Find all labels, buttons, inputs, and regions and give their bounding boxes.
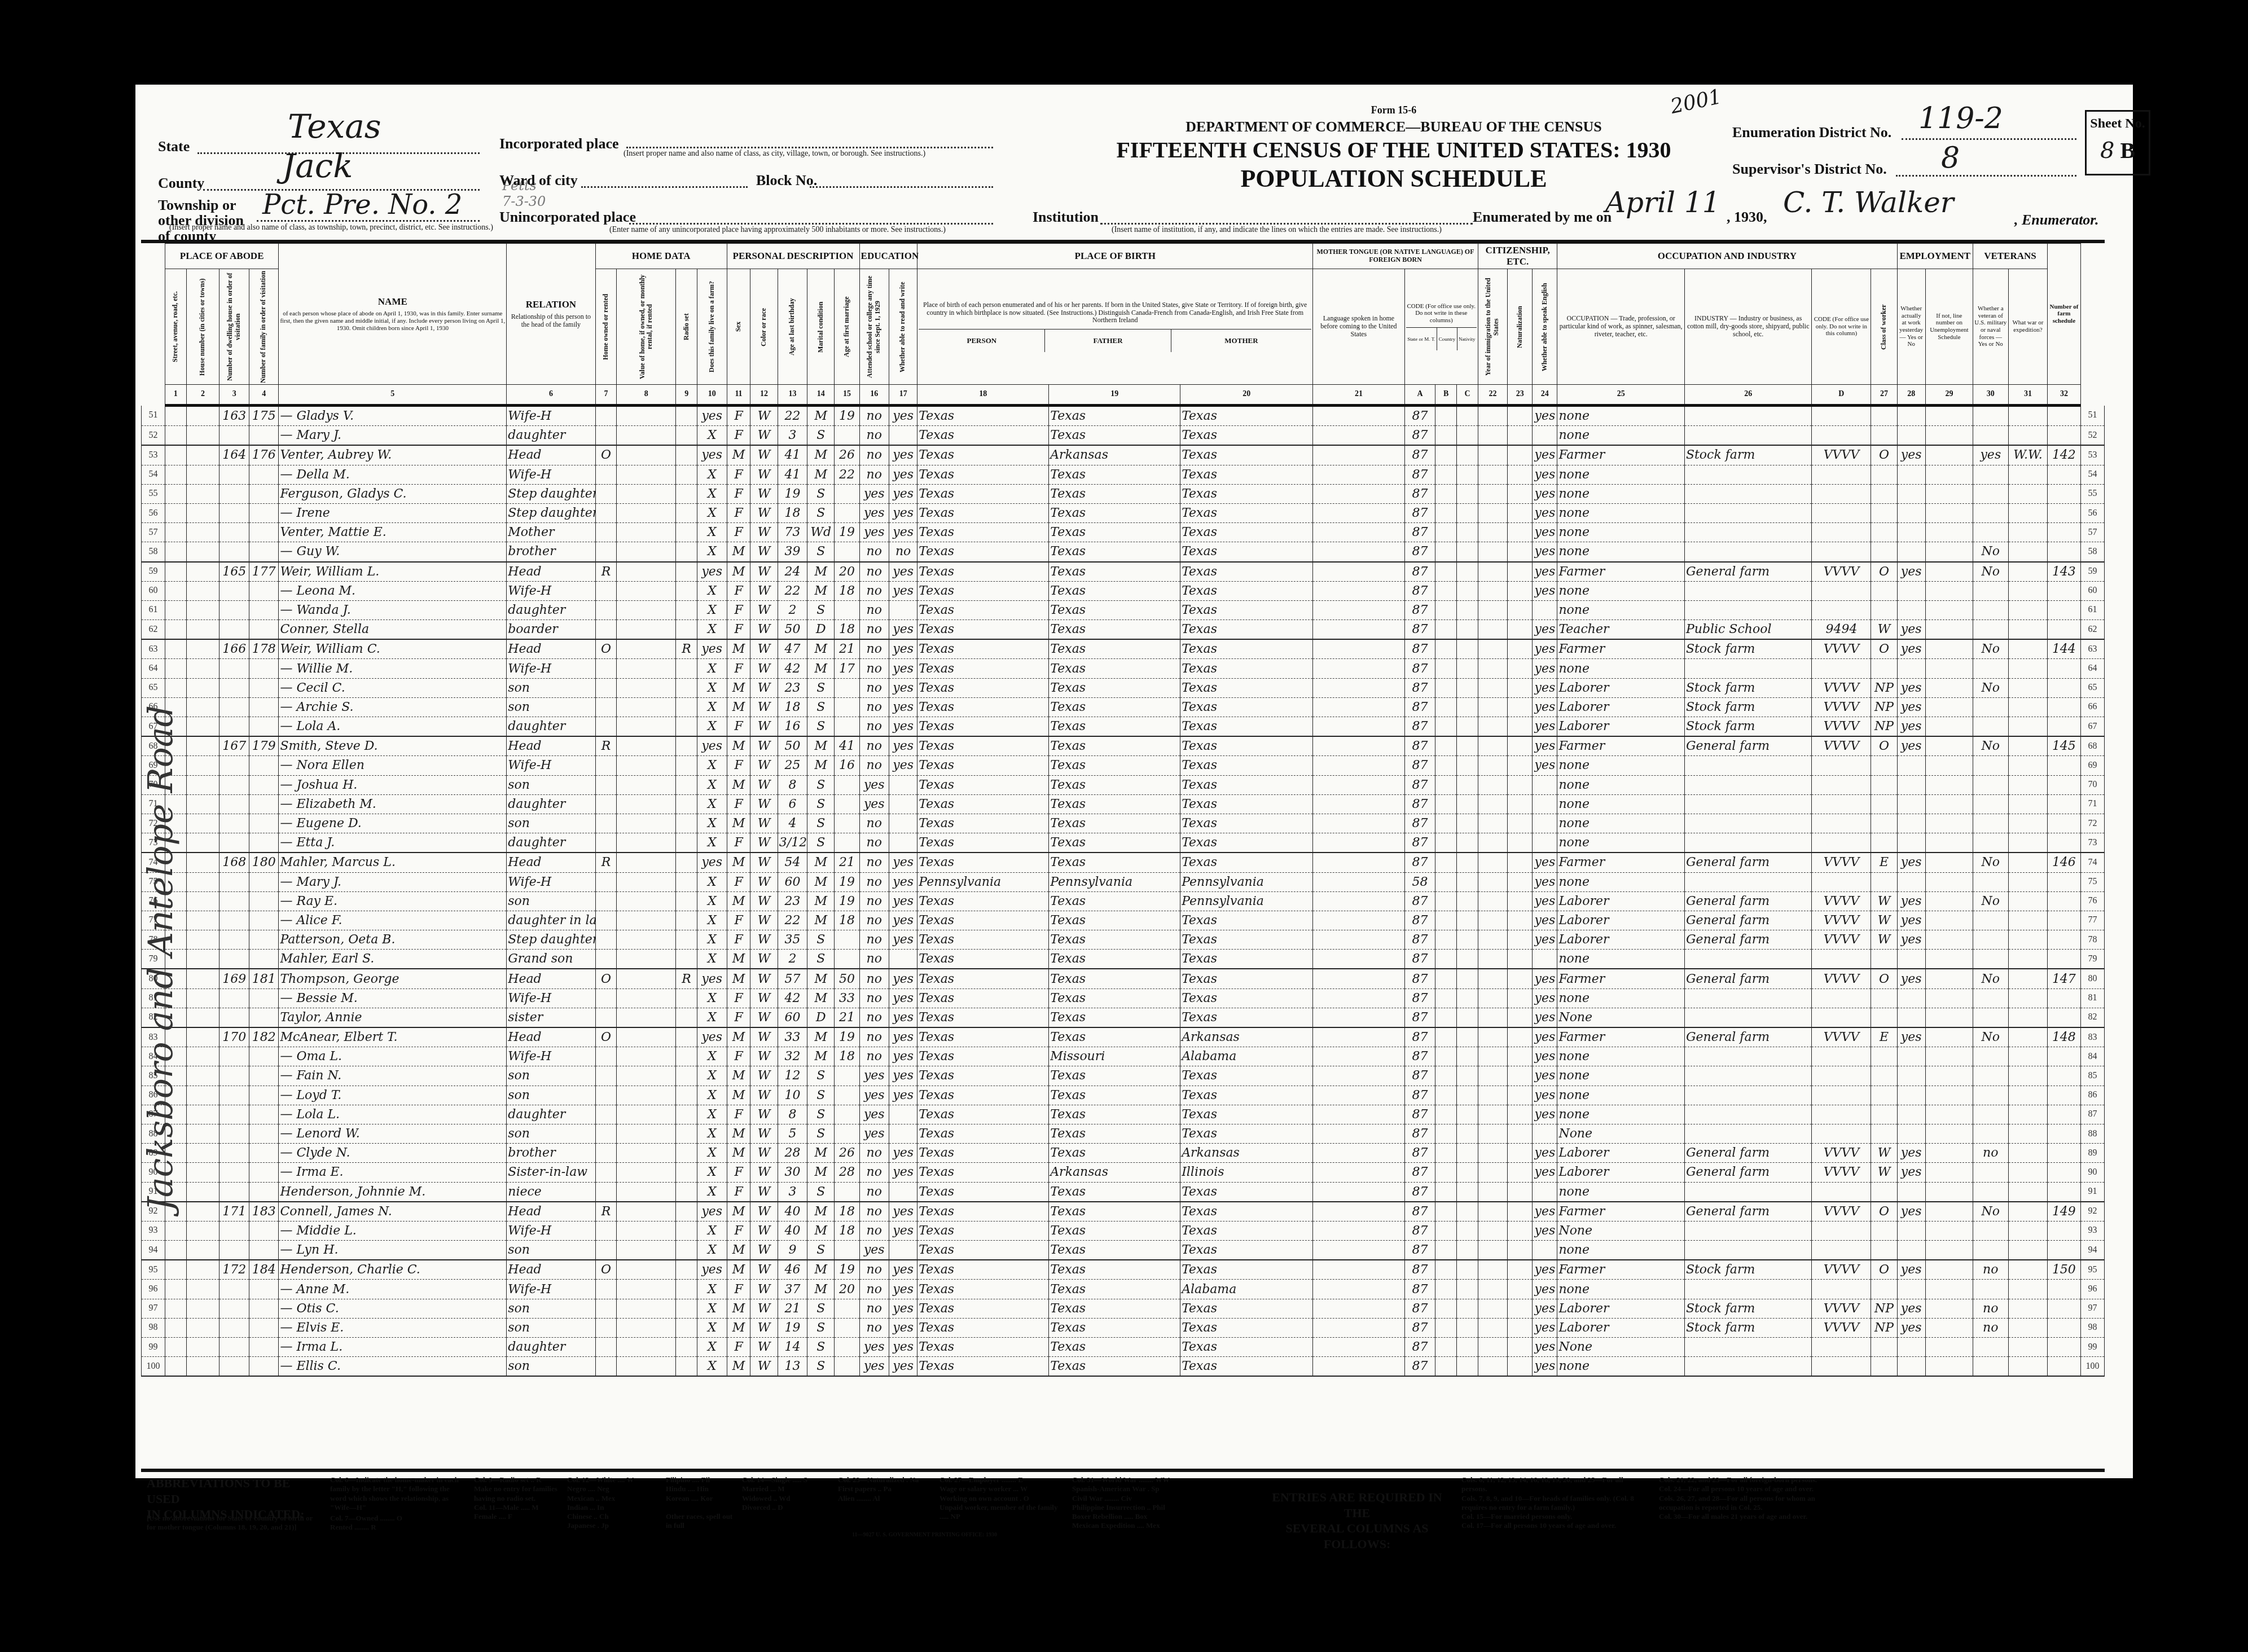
cell-codeD: VVVV [1812,639,1871,659]
cell-fam [249,930,279,950]
table-row: 52— Mary J.daughterXFW3SnoTexasTexasTexa… [142,426,2105,446]
cell-vet: No [1973,969,2008,988]
cell-fam [249,1221,279,1240]
cell-own [595,872,617,891]
cell-read: yes [889,872,917,891]
cell-bpf: Texas [1049,1182,1180,1202]
cell-fam [249,1124,279,1143]
cell-age: 9 [778,1241,807,1260]
cell-read: yes [889,581,917,600]
cell-occ: none [1557,1047,1685,1066]
cell-mar: M [807,581,835,600]
cell-codeC [1457,1124,1478,1143]
cell-work: yes [1897,891,1925,911]
cell-radio [676,697,697,717]
cell-mar: M [807,1027,835,1047]
cell-ind [1684,1338,1812,1357]
cell-fs [2048,1105,2081,1124]
cell-work: yes [1897,930,1925,950]
cell-sex: M [727,950,750,969]
cell-fs [2048,930,2081,950]
cell-codeA: 87 [1404,1086,1435,1105]
table-row: 72— Eugene D.sonXMW4SnoTexasTexasTexas87… [142,814,2105,833]
cell-val [617,1338,676,1357]
cell-mar: S [807,1357,835,1377]
cell-occ: Laborer [1557,1144,1685,1163]
cell-codeA: 87 [1404,542,1435,562]
cell-agem [835,1241,859,1260]
cell-occ: none [1557,542,1685,562]
cell-codeD: VVVV [1812,911,1871,930]
cell-race: W [750,523,778,542]
cell-radio [676,911,697,930]
cell-mar: M [807,911,835,930]
cell-fam [249,1318,279,1337]
cell-dw [219,1047,249,1066]
institution-note: (Insert name of institution, if any, and… [1112,226,1442,235]
cell-race: W [750,1144,778,1163]
cell-mar: S [807,1066,835,1086]
cell-lang [1313,1202,1405,1222]
cell-occ: none [1557,1182,1685,1202]
col9-note: Col. 9—Radio set .. R Make no entry for … [474,1475,559,1521]
cell-fs [2048,1182,2081,1202]
block-line [810,186,993,188]
cell-sex: M [727,775,750,794]
cell-codeA: 87 [1404,1221,1435,1240]
cell-vet [1973,503,2008,522]
cell-nat [1508,930,1533,950]
cell-own [595,950,617,969]
cell-vet [1973,1338,2008,1357]
cell-read: yes [889,1163,917,1182]
cell-house [186,445,219,465]
cell-codeC [1457,1027,1478,1047]
cell-sch: no [859,697,889,717]
cell-radio [676,581,697,600]
cell-own [595,1182,617,1202]
cell-farm: X [697,1241,727,1260]
cell-rel: Head [507,445,595,465]
cell-war [2008,639,2047,659]
cell-name: — Willie M. [279,659,507,678]
cell-street [165,562,186,582]
line-number: 54 [142,465,165,484]
cell-cls [1871,1280,1897,1299]
cell-cls [1871,600,1897,619]
cell-farm: yes [697,1260,727,1280]
cell-occ: none [1557,1280,1685,1299]
cell-farm: X [697,484,727,503]
cell-vet: No [1973,1027,2008,1047]
cell-cls [1871,794,1897,814]
cell-name: — Otis C. [279,1299,507,1318]
cell-work [1897,1357,1925,1377]
cell-mar: S [807,950,835,969]
cell-codeA: 87 [1404,426,1435,446]
table-row: 53164176Venter, Aubrey W.HeadOyesMW41M26… [142,445,2105,465]
cell-lang [1313,853,1405,872]
cell-fam: 176 [249,445,279,465]
cell-nat [1508,1202,1533,1222]
cell-dw [219,814,249,833]
cell-fam [249,484,279,503]
cell-val [617,891,676,911]
cell-codeC [1457,1163,1478,1182]
cell-fam [249,833,279,853]
cell-war [2008,678,2047,697]
cell-own [595,620,617,640]
cell-codeA: 87 [1404,1357,1435,1377]
column-number: 29 [1925,385,1973,406]
cell-war [2008,1008,2047,1027]
unincorporated-label: Unincorporated place [499,209,636,226]
cell-fs [2048,988,2081,1008]
cell-bpf: Texas [1049,950,1180,969]
line-number: 65 [142,678,165,697]
ed-value: 119-2 [1918,102,2003,135]
cell-occ: none [1557,581,1685,600]
cell-codeA: 87 [1404,1163,1435,1182]
line-number: 53 [142,445,165,465]
incorporated-line [626,147,993,148]
cell-farm: X [697,1047,727,1066]
col12-note: Col. 12—White .... W Negro .... Neg Mexi… [567,1475,652,1531]
cell-bpm: Texas [1180,969,1313,988]
cell-codeD [1812,814,1871,833]
cell-farm: X [697,581,727,600]
cell-sch: yes [859,1105,889,1124]
cell-lang [1313,678,1405,697]
cell-ind: General farm [1684,930,1812,950]
cell-rel: Head [507,736,595,756]
cell-cls [1871,756,1897,775]
cell-fs [2048,756,2081,775]
cell-cls: W [1871,1144,1897,1163]
cell-vet [1973,1182,2008,1202]
cell-bpf: Texas [1049,1144,1180,1163]
cell-lang [1313,833,1405,853]
cell-lang [1313,1280,1405,1299]
cell-mar: M [807,659,835,678]
cell-codeB [1435,562,1457,582]
cell-own [595,659,617,678]
cell-codeA: 87 [1404,833,1435,853]
column-number: 8 [617,385,676,406]
cell-name: — Fain N. [279,1066,507,1086]
cell-radio [676,1299,697,1318]
cell-unemp [1925,756,1973,775]
cell-imm [1478,717,1507,737]
cell-codeB [1435,736,1457,756]
cell-bpm: Texas [1180,445,1313,465]
line-number-right: 86 [2080,1086,2104,1105]
form-number: Form 15-6 [1095,104,1693,116]
cell-war [2008,814,2047,833]
cell-bpf: Texas [1049,503,1180,522]
col-code-abc: CODE (For office use only. Do not write … [1404,269,1478,385]
cell-codeC [1457,717,1478,737]
table-row: 78Patterson, Oeta B.Step daughterXFW35Sn… [142,930,2105,950]
cell-farm: yes [697,406,727,426]
cell-vet [1973,620,2008,640]
cell-bp: Texas [917,1163,1049,1182]
cell-vet [1973,930,2008,950]
cell-name: — Middie L. [279,1221,507,1240]
cell-codeB [1435,911,1457,930]
cell-farm: X [697,620,727,640]
cell-ind: General farm [1684,1163,1812,1182]
cell-mar: Wd [807,523,835,542]
cell-mar: S [807,600,835,619]
col-age: Age at last birthday [778,269,807,385]
cell-house [186,911,219,930]
col-birth-father: FATHER [1045,329,1171,353]
cell-work [1897,775,1925,794]
cell-house [186,833,219,853]
cell-codeB [1435,717,1457,737]
cell-codeA: 87 [1404,1105,1435,1124]
cell-mar: M [807,1163,835,1182]
cell-race: W [750,775,778,794]
cell-sex: F [727,581,750,600]
cell-sex: M [727,736,750,756]
cell-work: yes [1897,1318,1925,1337]
township-note: (Insert proper name and also name of cla… [169,223,493,232]
table-row: 82Taylor, AnniesisterXFW60D21noyesTexasT… [142,1008,2105,1027]
cell-fam [249,1241,279,1260]
cell-mar: M [807,1221,835,1240]
cell-bpf: Arkansas [1049,1163,1180,1182]
cell-bp: Texas [917,736,1049,756]
cell-house [186,562,219,582]
cell-war [2008,950,2047,969]
cell-rel: Head [507,853,595,872]
cell-age: 41 [778,445,807,465]
cell-sch: no [859,678,889,697]
cell-house [186,930,219,950]
column-number: A [1404,385,1435,406]
cell-imm [1478,1280,1507,1299]
cell-own [595,1047,617,1066]
cell-codeC [1457,814,1478,833]
cell-bpm: Texas [1180,1008,1313,1027]
cell-eng: yes [1533,445,1557,465]
cell-lang [1313,1318,1405,1337]
cell-codeA: 87 [1404,1241,1435,1260]
cell-codeB [1435,484,1457,503]
cell-age: 19 [778,1318,807,1337]
cell-farm: yes [697,969,727,988]
cell-codeA: 87 [1404,930,1435,950]
cell-mar: M [807,736,835,756]
cell-sex: F [727,794,750,814]
cell-sch: no [859,950,889,969]
cell-agem [835,678,859,697]
cell-codeB [1435,891,1457,911]
cell-nat [1508,891,1533,911]
cell-unemp [1925,1221,1973,1240]
cell-bpm: Texas [1180,1318,1313,1337]
cell-codeB [1435,1221,1457,1240]
cell-cls: O [1871,445,1897,465]
cell-codeD [1812,1357,1871,1377]
cell-agem: 26 [835,445,859,465]
cell-name: Conner, Stella [279,620,507,640]
column-number: 13 [778,385,807,406]
cell-dw [219,1338,249,1357]
table-row: 69— Nora EllenWife-HXFW25M16noyesTexasTe… [142,756,2105,775]
cell-race: W [750,1047,778,1066]
cell-nat [1508,659,1533,678]
cell-own [595,1066,617,1086]
cell-lang [1313,872,1405,891]
cell-imm [1478,950,1507,969]
entries-title: ENTRIES ARE REQUIRED IN THE SEVERAL COLU… [1264,1490,1450,1552]
cell-agem: 18 [835,1202,859,1222]
cell-val [617,1086,676,1105]
cell-name: Smith, Steve D. [279,736,507,756]
cell-street [165,1260,186,1280]
cell-radio [676,1202,697,1222]
cell-name: Mahler, Earl S. [279,950,507,969]
cell-occ: Laborer [1557,1299,1685,1318]
cell-radio [676,930,697,950]
cell-radio [676,1318,697,1337]
cell-dw: 163 [219,406,249,426]
cell-cls: NP [1871,1318,1897,1337]
cell-bpf: Texas [1049,930,1180,950]
cell-house [186,1047,219,1066]
cell-codeB [1435,1163,1457,1182]
cell-mar: S [807,678,835,697]
cell-codeC [1457,1086,1478,1105]
cell-rel: Head [507,562,595,582]
cell-dw: 164 [219,445,249,465]
cell-bpf: Texas [1049,1280,1180,1299]
cell-farm: X [697,1163,727,1182]
cell-house [186,1241,219,1260]
cell-own [595,1221,617,1240]
cell-war [2008,620,2047,640]
cell-bp: Texas [917,1105,1049,1124]
cell-dw [219,1124,249,1143]
group-home-data: HOME DATA [595,244,727,269]
cell-street [165,542,186,562]
cell-own [595,1241,617,1260]
cell-race: W [750,717,778,737]
line-number-right: 53 [2080,445,2104,465]
cell-val [617,1299,676,1318]
cell-war [2008,523,2047,542]
cell-own: R [595,1202,617,1222]
cell-occ: none [1557,950,1685,969]
cell-eng: yes [1533,678,1557,697]
cell-unemp [1925,775,1973,794]
cell-race: W [750,503,778,522]
cell-val [617,1182,676,1202]
cell-occ: Farmer [1557,445,1685,465]
cell-name: — Loyd T. [279,1086,507,1105]
cell-nat [1508,1318,1533,1337]
cell-vet: no [1973,1260,2008,1280]
cell-occ: Laborer [1557,717,1685,737]
cell-read [889,1182,917,1202]
cell-bp: Texas [917,562,1049,582]
cell-sch: yes [859,1241,889,1260]
cell-name: — Della M. [279,465,507,484]
census-sheet: State Texas County Jack Township or othe… [135,85,2133,1478]
cell-codeD [1812,794,1871,814]
cell-read: yes [889,1027,917,1047]
cell-codeD [1812,950,1871,969]
line-number-right: 51 [2080,406,2104,426]
line-number-right: 77 [2080,911,2104,930]
cell-farm: X [697,1086,727,1105]
cell-bpf: Texas [1049,542,1180,562]
cell-nat [1508,911,1533,930]
cell-unemp [1925,1105,1973,1124]
cell-nat [1508,853,1533,872]
cell-sex: F [727,833,750,853]
cell-unemp [1925,465,1973,484]
cell-race: W [750,1105,778,1124]
cell-val [617,620,676,640]
col-class-worker: Class of worker [1871,269,1897,385]
cell-own [595,600,617,619]
cell-radio [676,1260,697,1280]
cell-sex: F [727,523,750,542]
cell-unemp [1925,988,1973,1008]
cell-sch: yes [859,523,889,542]
cell-nat [1508,1241,1533,1260]
cell-cls [1871,659,1897,678]
line-number: 56 [142,503,165,522]
cell-mar: M [807,1144,835,1163]
cell-bpf: Texas [1049,1105,1180,1124]
cell-farm: yes [697,639,727,659]
cell-nat [1508,736,1533,756]
line-number-right: 99 [2080,1338,2104,1357]
cell-mar: M [807,891,835,911]
table-row: 61— Wanda J.daughterXFW2SnoTexasTexasTex… [142,600,2105,619]
cell-agem: 18 [835,911,859,930]
cell-imm [1478,465,1507,484]
cell-eng: yes [1533,1221,1557,1240]
cell-name: Mahler, Marcus L. [279,853,507,872]
cell-sex: M [727,1357,750,1377]
cell-bp: Texas [917,1241,1049,1260]
cell-name: — Leona M. [279,581,507,600]
cell-rel: son [507,1086,595,1105]
cell-eng: yes [1533,406,1557,426]
table-row: 65— Cecil C.sonXMW23SnoyesTexasTexasTexa… [142,678,2105,697]
cell-house [186,1299,219,1318]
cell-sch: no [859,969,889,988]
cell-fam [249,794,279,814]
cell-lang [1313,1086,1405,1105]
table-row: 83170182McAnear, Elbert T.HeadOyesMW33M1… [142,1027,2105,1047]
cell-bpm: Texas [1180,426,1313,446]
cell-codeD [1812,542,1871,562]
cell-unemp [1925,1357,1973,1377]
cell-fs [2048,775,2081,794]
cell-dw [219,426,249,446]
cell-fam [249,717,279,737]
cell-radio [676,833,697,853]
cell-eng: yes [1533,1280,1557,1299]
cell-own: O [595,639,617,659]
